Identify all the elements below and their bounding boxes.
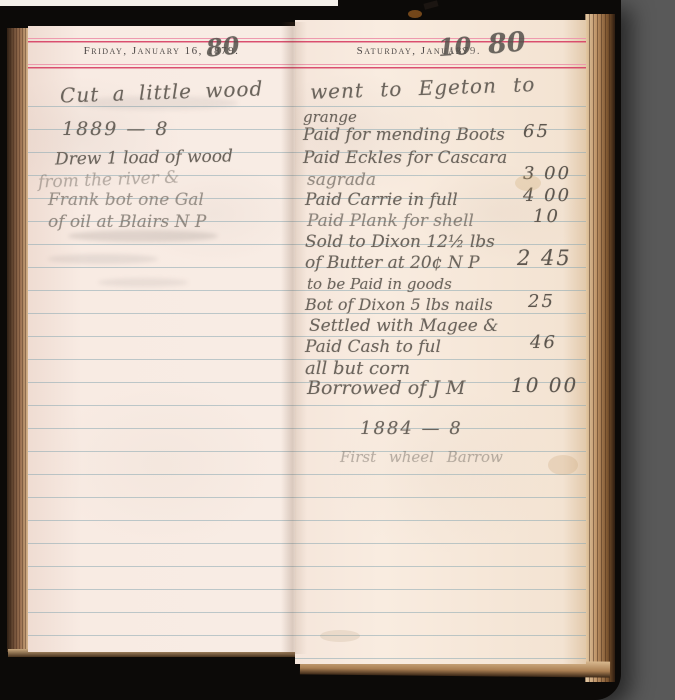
diary-entry: 1884 — 8 xyxy=(360,418,463,439)
header-rule-bottom xyxy=(28,64,295,69)
page-edges-left xyxy=(7,28,29,652)
diary-entry: First wheel Barrow xyxy=(340,448,503,466)
diary-entry: of oil at Blairs N P xyxy=(48,212,206,232)
handwritten-day-overwrite: 10 xyxy=(437,31,472,62)
book-gutter-shadow xyxy=(281,22,307,654)
diary-entry: to be Paid in goods xyxy=(307,275,452,293)
diary-entry: went to Egeton to xyxy=(310,72,536,104)
erased-pencil-trace xyxy=(98,278,188,287)
diary-entry: Settled with Magee & xyxy=(309,316,498,336)
diary-entry: all but corn xyxy=(305,358,410,379)
handwritten-year-overwrite: 80 xyxy=(487,26,527,60)
diary-entry: Drew 1 load of wood xyxy=(55,146,233,169)
diary-entry: of Butter at 20¢ N P xyxy=(305,253,480,273)
scan-border xyxy=(0,0,338,6)
amount: 10 00 xyxy=(511,373,578,397)
diary-entry: Sold to Dixon 12½ lbs xyxy=(305,232,495,252)
erased-pencil-trace xyxy=(48,254,158,264)
handwritten-year-overwrite: 80 xyxy=(205,30,241,62)
diary-entry: Paid Eckles for Cascara xyxy=(303,148,507,168)
diary-entry: Frank bot one Gal xyxy=(48,190,204,210)
diary-page-right: Saturday, January 1879. 10 80 went to Eg… xyxy=(295,20,586,664)
amount: 4 00 xyxy=(523,185,571,206)
header-rule-bottom xyxy=(295,64,586,69)
amount: 46 xyxy=(530,332,557,353)
amount: 65 xyxy=(523,121,550,142)
diary-entry: grange xyxy=(303,108,357,126)
amount: 3 00 xyxy=(523,163,571,184)
diary-page-left: Friday, January 16, 1879. 80 Cut a littl… xyxy=(28,26,295,652)
diary-entry: from the river & xyxy=(38,168,180,193)
amount: 10 xyxy=(533,206,560,227)
diary-entry: sagrada xyxy=(307,170,376,190)
diary-entry: Paid for mending Boots xyxy=(303,125,505,145)
diary-entry: Paid Plank for shell xyxy=(307,211,474,231)
diary-entry: Bot of Dixon 5 lbs nails xyxy=(305,295,493,314)
diary-entry: Borrowed of J M xyxy=(307,377,465,399)
diary-entry: Paid Cash to ful xyxy=(305,337,441,357)
diary-entry: Paid Carrie in full xyxy=(305,190,458,210)
amount: 25 xyxy=(528,291,555,312)
amount: 2 45 xyxy=(517,246,572,270)
diary-entry: 1889 — 8 xyxy=(62,118,170,140)
page-edges-fore xyxy=(585,14,615,682)
diary-entry: Cut a little wood xyxy=(60,76,264,107)
header-rule-top xyxy=(28,38,295,43)
